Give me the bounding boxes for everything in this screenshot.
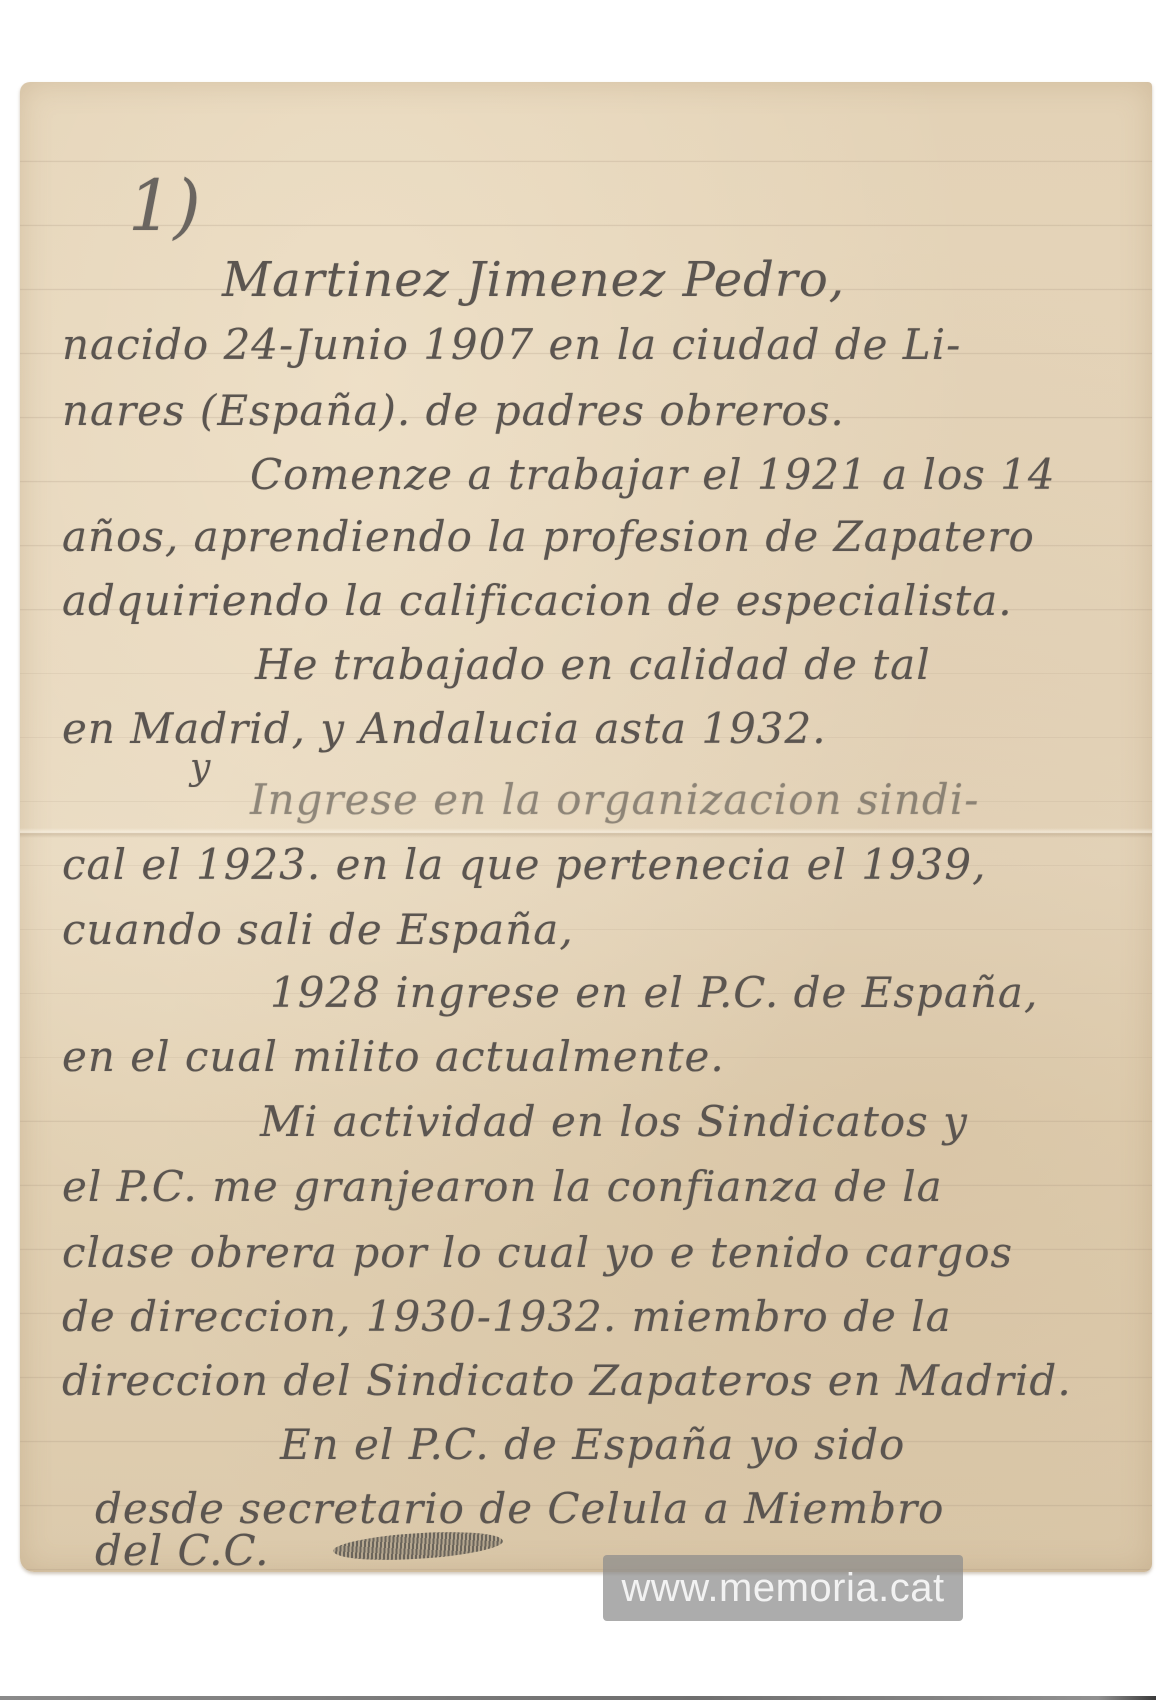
text-line-16: de direccion, 1930-1932. miembro de la [62, 1292, 952, 1341]
text-line-8-faint: Ingrese en la organizacion sindi- [250, 775, 979, 824]
text-line-7: en Madrid, y Andalucia asta 1932. [62, 704, 827, 753]
text-line-1: nacido 24-Junio 1907 en la ciudad de Li- [62, 320, 961, 369]
text-line-17: direccion del Sindicato Zapateros en Mad… [62, 1356, 1072, 1405]
text-line-18: En el P.C. de España yo sido [280, 1420, 905, 1469]
text-line-10: cuando sali de España, [62, 905, 574, 954]
text-line-15: clase obrera por lo cual yo e tenido car… [62, 1228, 1013, 1277]
inserted-word: y [190, 747, 211, 788]
text-line-12: en el cual milito actualmente. [62, 1032, 725, 1081]
watermark-text: www.memoria.cat [621, 1566, 944, 1611]
text-line-9: cal el 1923. en la que pertenecia el 193… [62, 840, 986, 889]
text-line-11: 1928 ingrese en el P.C. de España, [270, 968, 1038, 1017]
text-line-13: Mi actividad en los Sindicatos y [260, 1097, 968, 1146]
text-line-3: Comenze a trabajar el 1921 a los 14 [250, 450, 1056, 499]
scan-edge-strip [0, 1696, 1156, 1700]
author-name-heading: Martinez Jimenez Pedro, [222, 252, 845, 308]
text-line-2: nares (España). de padres obreros. [62, 386, 845, 435]
watermark-badge: www.memoria.cat [603, 1555, 963, 1621]
paper-fold-crease [20, 828, 1152, 838]
text-line-5: adquiriendo la calificacion de especiali… [62, 576, 1013, 625]
page-number: 1) [128, 165, 202, 247]
text-line-20: del C.C. [95, 1526, 270, 1575]
text-line-14: el P.C. me granjearon la confianza de la [62, 1162, 943, 1211]
text-line-4: años, aprendiendo la profesion de Zapate… [62, 512, 1035, 561]
text-line-6: He trabajado en calidad de tal [255, 640, 931, 689]
